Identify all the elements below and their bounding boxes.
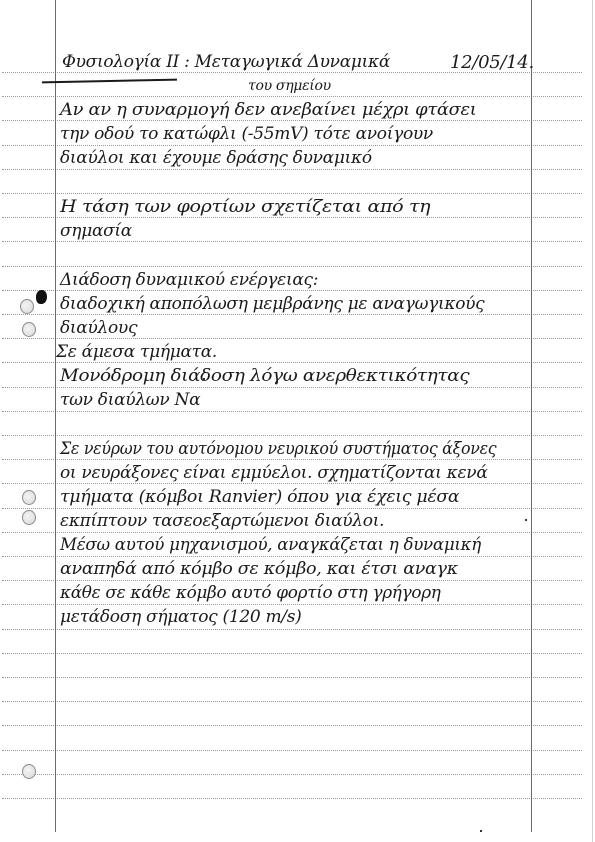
note-line: αναπηδά από κόμβο σε κόμβο, και έτσι ανα…	[60, 559, 458, 579]
note-line: του σημείου	[248, 78, 331, 94]
ruled-line	[2, 169, 582, 170]
ruled-line	[2, 411, 582, 412]
ruled-line	[2, 314, 582, 315]
page-edge	[592, 0, 593, 842]
ruled-line	[2, 435, 582, 436]
ink-blot-icon	[36, 290, 47, 304]
note-line: την οδού το κατώφλι (-55mV) τότε ανοίγου…	[60, 124, 433, 144]
ruled-line	[2, 580, 582, 581]
note-line: διαδοχική αποπόλωση μεμβράνης με αναγωγι…	[60, 294, 484, 314]
ruled-line	[2, 653, 582, 654]
ruled-line	[2, 96, 582, 97]
ruled-line	[2, 387, 582, 388]
note-line: οι νευράξονες είναι εμμύελοι. σχηματίζον…	[60, 463, 488, 483]
note-line: Η τάση των φορτίων σχετίζεται από τη	[60, 197, 430, 217]
notebook-page: Φυσιολογία II : Μεταγωγικά Δυναμικά 12/0…	[0, 0, 595, 842]
note-line: διαύλοι και έχουμε δράσης δυναμικό	[60, 148, 372, 168]
note-line: μετάδοση σήματος (120 m/s)	[60, 607, 302, 627]
note-line: εκπίπτουν τασεοεξαρτώμενοι διαύλοι.	[60, 511, 384, 531]
ruled-line	[2, 532, 582, 533]
note-line: Σε νεύρων του αυτόνομου νευρικού συστήμα…	[60, 439, 496, 459]
ruled-line	[2, 677, 582, 678]
punch-hole-icon	[22, 764, 36, 779]
punch-hole-icon	[22, 510, 36, 525]
ruled-line	[2, 193, 582, 194]
title-underline	[42, 79, 177, 84]
ruled-line	[2, 750, 582, 751]
ruled-line	[2, 725, 582, 726]
ruled-line	[2, 556, 582, 557]
ink-dot	[525, 519, 527, 521]
ruled-line	[2, 338, 582, 339]
note-line: σημασία	[60, 221, 132, 241]
note-line: Μονόδρομη διάδοση λόγω ανερθεκτικότητας	[60, 366, 469, 386]
note-line: των διαύλων Να	[60, 390, 200, 410]
ruled-line	[2, 604, 582, 605]
note-line: Σε άμεσα τμήματα.	[56, 342, 217, 362]
note-line: Μέσω αυτού μηχανισμού, αναγκάζεται η δυν…	[60, 535, 481, 555]
right-margin-line	[531, 0, 532, 832]
ruled-line	[2, 241, 582, 242]
page-title: Φυσιολογία II : Μεταγωγικά Δυναμικά	[62, 52, 390, 72]
ruled-line	[2, 266, 582, 267]
note-line: Αν αν η συναρμογή δεν ανεβαίνει μέχρι φτ…	[60, 100, 476, 120]
ruled-line	[2, 459, 582, 460]
ruled-line	[2, 774, 582, 775]
note-line: κάθε σε κάθε κόμβο αυτό φορτίο στη γρήγο…	[60, 583, 441, 603]
ruled-line	[2, 701, 582, 702]
ruled-line	[2, 483, 582, 484]
punch-hole-icon	[20, 299, 34, 314]
left-margin-line	[55, 0, 56, 832]
note-line: διαύλους	[60, 318, 137, 338]
ruled-line	[2, 217, 582, 218]
note-line: τμήματα (κόμβοι Ranvier) όπου για έχεις …	[60, 487, 459, 507]
page-date: 12/05/14.	[450, 52, 534, 73]
ruled-line	[2, 362, 582, 363]
ink-dot	[480, 830, 482, 832]
ruled-line	[2, 508, 582, 509]
ruled-line	[2, 145, 582, 146]
punch-hole-icon	[22, 322, 36, 337]
ruled-line	[2, 120, 582, 121]
note-line: Διάδοση δυναμικού ενέργειας:	[60, 270, 318, 290]
ruled-line	[2, 798, 582, 799]
ruled-line	[2, 629, 582, 630]
ink-dot	[203, 378, 205, 380]
punch-hole-icon	[22, 490, 36, 505]
